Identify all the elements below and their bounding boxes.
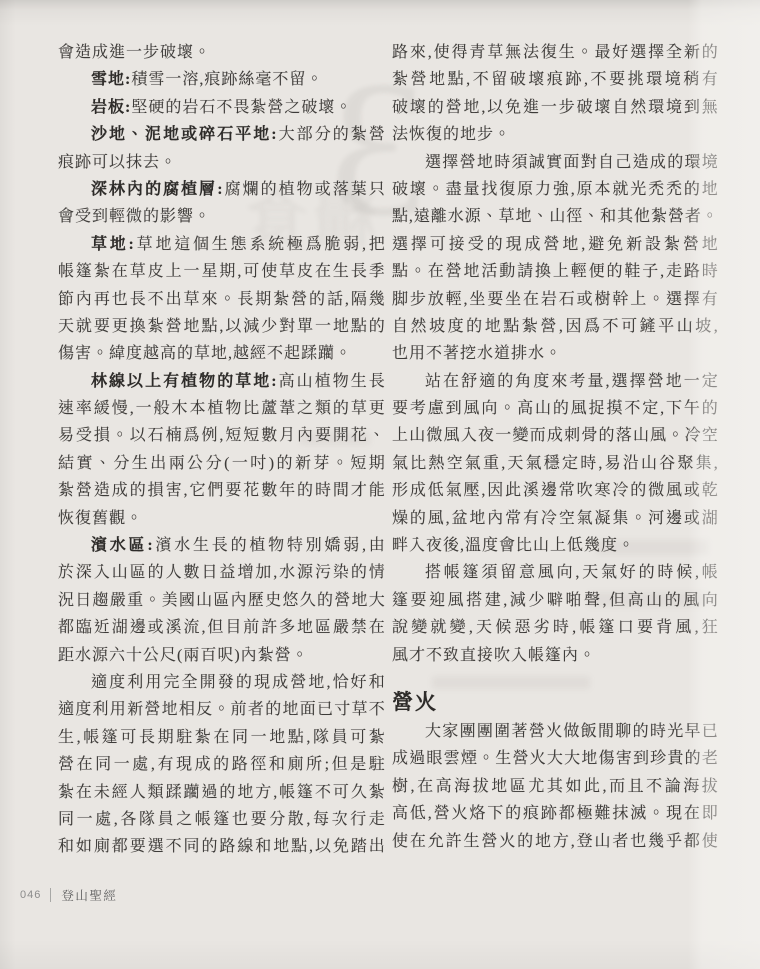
text-line: 破壞。盡量找復原力強,原本就光禿禿的地: [392, 176, 718, 203]
text-line: 選擇可接受的現成營地,避免新設紮營地: [392, 231, 718, 258]
text-line: 帳篷紮在草皮上一星期,可使草皮在生長季: [58, 258, 385, 285]
section-heading: 營火: [392, 686, 718, 718]
text-line: 畔入夜後,溫度會比山上低幾度。: [392, 532, 718, 559]
text-line: 站在舒適的角度來考量,選擇營地一定: [392, 368, 718, 395]
text-line: 紮在未經人類蹂躪過的地方,帳篷不可久紮: [58, 779, 385, 806]
text-line: 適度利用新營地相反。前者的地面已寸草不: [58, 696, 385, 723]
text-line: 同一處,各隊員之帳篷也要分散,每次行走: [58, 806, 385, 833]
text-line: 易受損。以石楠爲例,短短數月內要開花、: [58, 422, 385, 449]
text-line: 節內再也長不出草來。長期紮營的話,隔幾: [58, 286, 385, 313]
text-line: 脚步放輕,坐要坐在岩石或樹幹上。選擇有: [392, 286, 718, 313]
term-label: 雪地:: [91, 71, 131, 88]
text-line: 樹,在高海拔地區尤其如此,而且不論海拔: [392, 773, 718, 800]
text-line: 氣比熱空氣重,天氣穩定時,易沿山谷聚集,: [392, 450, 718, 477]
text-line: 點。在營地活動請換上輕便的鞋子,走路時: [392, 258, 718, 285]
text-line: 點,遠離水源、草地、山徑、和其他紮營者。: [392, 203, 718, 230]
text-line: 風才不致直接吹入帳篷內。: [392, 642, 718, 669]
text-line: 於深入山區的人數日益增加,水源污染的情: [58, 559, 385, 586]
text-line: 沙地、泥地或碎石平地:大部分的紮營: [58, 121, 385, 148]
text-line: 也用不著挖水道排水。: [392, 340, 718, 367]
term-label: 林線以上有植物的草地:: [91, 373, 277, 390]
text-line: 使在允許生營火的地方,登山者也幾乎都使: [392, 828, 718, 855]
text-line: 和如廁都要選不同的路線和地點,以免踏出: [58, 833, 385, 860]
text-line: 成過眼雲煙。生營火大大地傷害到珍貴的老: [392, 745, 718, 772]
text-column-left: 會造成進一步破壞。雪地:積雪一溶,痕跡絲毫不留。岩板:堅硬的岩石不畏紮營之破壞。…: [58, 39, 385, 861]
text-line: 大家團團圍著營火做飯閒聊的時光早已: [392, 718, 718, 745]
text-line: 傷害。緯度越高的草地,越經不起蹂躪。: [58, 340, 385, 367]
text-line: 會造成進一步破壞。: [58, 39, 385, 66]
text-line: 高低,營火烙下的痕跡都極難抹滅。現在即: [392, 800, 718, 827]
text-line: 搭帳篷須留意風向,天氣好的時候,帳: [392, 559, 718, 586]
text-line: 適度利用完全開發的現成營地,恰好和: [58, 669, 385, 696]
text-line: 岩板:堅硬的岩石不畏紮營之破壞。: [58, 94, 385, 121]
text-line: 天就要更換紮營地點,以減少對單一地點的: [58, 313, 385, 340]
text-line: 紮營造成的損害,它們要花數年的時間才能: [58, 477, 385, 504]
term-label: 岩板:: [91, 99, 131, 116]
page-footer: 046 登山聖經: [20, 887, 117, 903]
text-line: 都臨近湖邊或溪流,但目前許多地區嚴禁在: [58, 614, 385, 641]
text-line: 上山微風入夜一變而成刺骨的落山風。冷空: [392, 422, 718, 449]
term-label: 沙地、泥地或碎石平地:: [91, 126, 277, 143]
term-label: 草地:: [91, 236, 134, 253]
text-line: 林線以上有植物的草地:高山植物生長: [58, 368, 385, 395]
term-label: 深林內的腐植層:: [91, 181, 223, 198]
text-line: 形成低氣壓,因此溪邊常吹寒冷的微風或乾: [392, 477, 718, 504]
text-line: 燥的風,盆地內常有冷空氣凝集。河邊或湖: [392, 505, 718, 532]
text-line: 結實、分生出兩公分(一吋)的新芽。短期: [58, 450, 385, 477]
text-line: 篷要迎風搭建,減少噼啪聲,但高山的風向: [392, 587, 718, 614]
footer-divider: [50, 888, 51, 902]
text-line: 會受到輕微的影響。: [58, 203, 385, 230]
term-label: 濱水區:: [91, 537, 153, 554]
text-line: 恢復舊觀。: [58, 505, 385, 532]
text-line: 草地:草地這個生態系統極爲脆弱,把: [58, 231, 385, 258]
text-line: 破壞的營地,以免進一步破壞自然環境到無: [392, 94, 718, 121]
text-line: 距水源六十公尺(兩百呎)內紮營。: [58, 642, 385, 669]
text-line: 速率緩慢,一般木本植物比蘆葦之類的草更: [58, 395, 385, 422]
text-line: 法恢復的地步。: [392, 121, 718, 148]
text-line: 深林內的腐植層:腐爛的植物或落葉只: [58, 176, 385, 203]
scanned-book-page: 3 糧食 會造成進一步破壞。雪地:積雪一溶,痕跡絲毫不留。岩板:堅硬的岩石不畏紮…: [0, 0, 760, 969]
text-line: 生,帳篷可長期駐紮在同一地點,隊員可紮: [58, 724, 385, 751]
text-line: 要考慮到風向。高山的風捉摸不定,下午的: [392, 395, 718, 422]
text-line: 營在同一處,有現成的路徑和廁所;但是駐: [58, 751, 385, 778]
text-line: 自然坡度的地點紮營,因爲不可鏟平山坡,: [392, 313, 718, 340]
text-line: 濱水區:濱水生長的植物特別嬌弱,由: [58, 532, 385, 559]
text-line: 紮營地點,不留破壞痕跡,不要挑環境稍有: [392, 66, 718, 93]
text-line: 選擇營地時須誠實面對自己造成的環境: [392, 149, 718, 176]
book-title: 登山聖經: [61, 886, 117, 904]
text-line: 說變就變,天候惡劣時,帳篷口要背風,狂: [392, 614, 718, 641]
text-line: 雪地:積雪一溶,痕跡絲毫不留。: [58, 66, 385, 93]
page-number: 046: [20, 889, 41, 901]
text-line: 況日趨嚴重。美國山區內歷史悠久的營地大: [58, 587, 385, 614]
text-column-right: 路來,使得青草無法復生。最好選擇全新的紮營地點,不留破壞痕跡,不要挑環境稍有破壞…: [392, 39, 718, 855]
text-line: 路來,使得青草無法復生。最好選擇全新的: [392, 39, 718, 66]
text-line: 痕跡可以抹去。: [58, 149, 385, 176]
